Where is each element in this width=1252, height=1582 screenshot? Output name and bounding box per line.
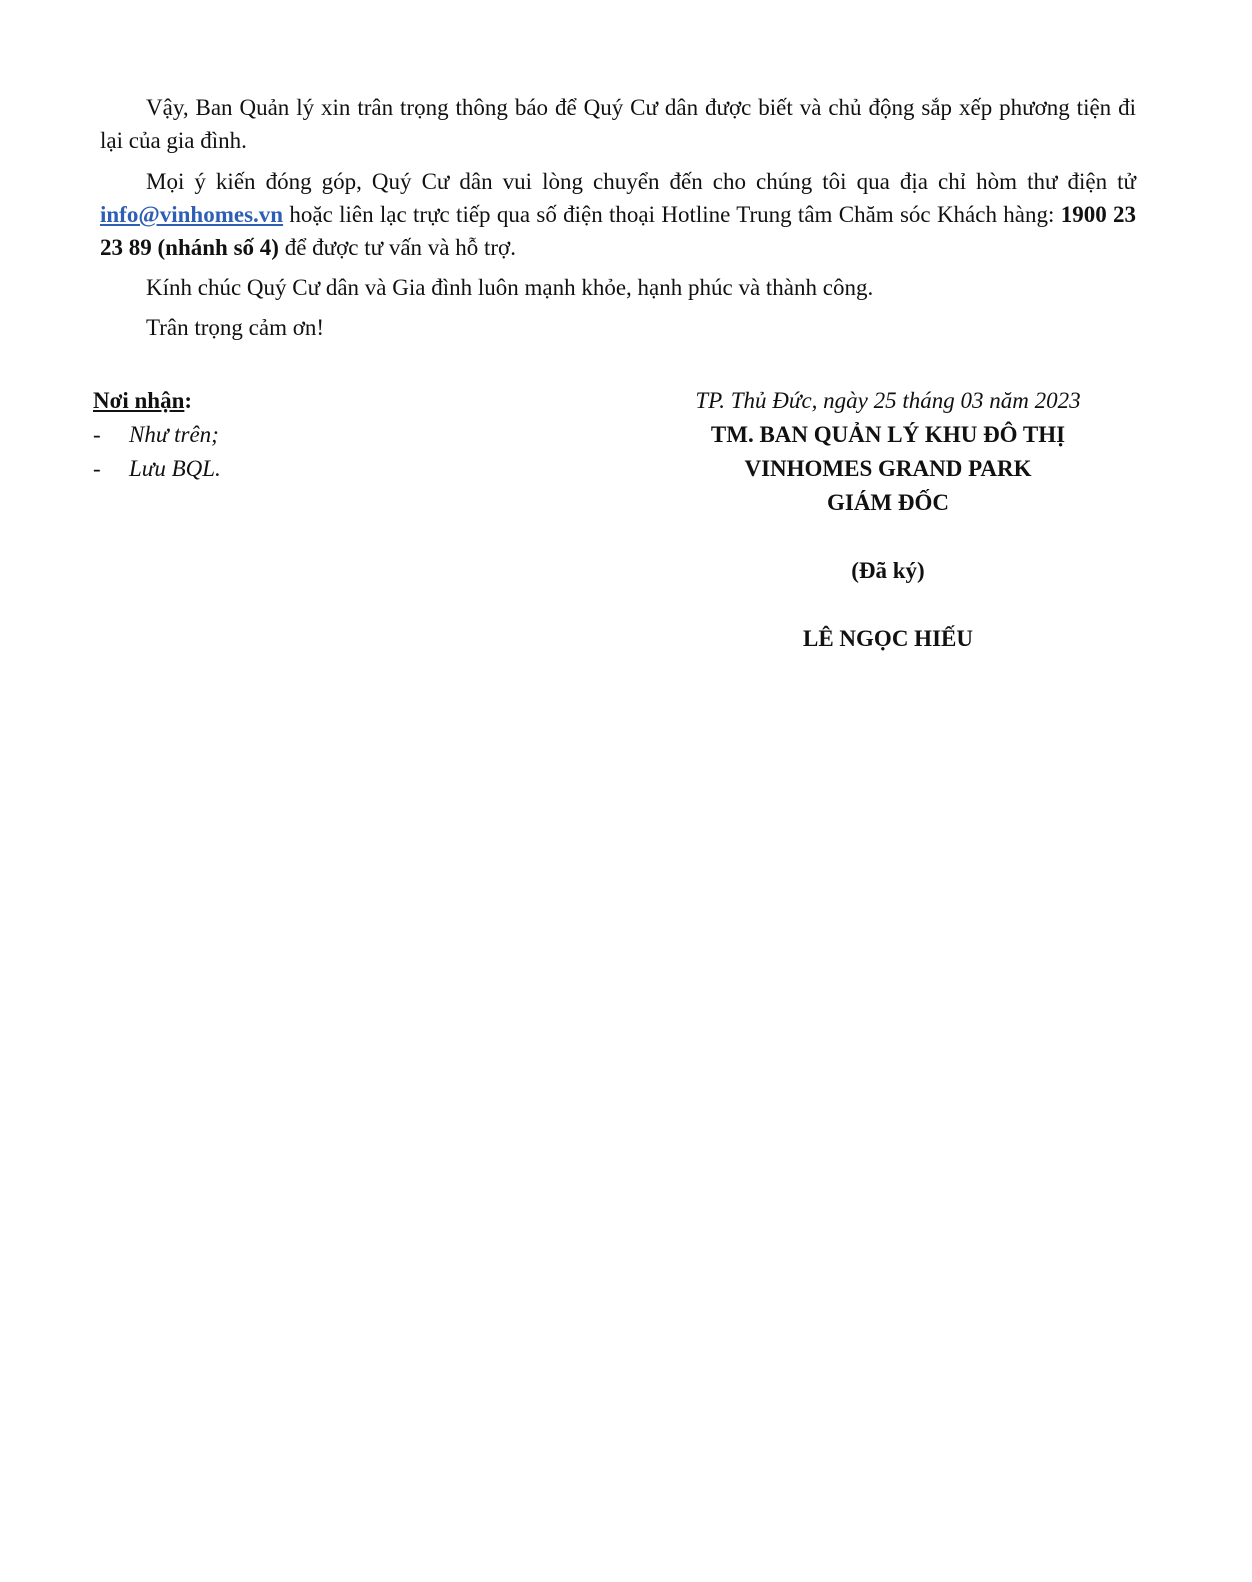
recipient-item: - Như trên; [93,418,493,452]
document-page: Vậy, Ban Quản lý xin trân trọng thông bá… [0,0,1252,1582]
paragraph-notice: Vậy, Ban Quản lý xin trân trọng thông bá… [100,91,1136,157]
contact-middle-text: hoặc liên lạc trực tiếp qua số điện thoạ… [283,202,1061,227]
list-dash: - [93,418,129,452]
paragraph-contact: Mọi ý kiến đóng góp, Quý Cư dân vui lòng… [100,165,1136,264]
list-dash: - [93,452,129,486]
organization-line-1: TM. BAN QUẢN LÝ KHU ĐÔ THỊ [640,418,1136,452]
contact-intro-text: Mọi ý kiến đóng góp, Quý Cư dân vui lòng… [146,169,1136,194]
paragraph-wishes: Kính chúc Quý Cư dân và Gia đình luôn mạ… [100,271,1136,304]
signer-title: GIÁM ĐỐC [640,486,1136,520]
contact-outro-text: để được tư vấn và hỗ trợ. [279,235,516,260]
paragraph-thanks: Trân trọng cảm ơn! [100,311,1136,344]
recipients-block: Nơi nhận: - Như trên; - Lưu BQL. [93,384,493,486]
recipient-label: Lưu BQL. [129,452,221,486]
place-date: TP. Thủ Đức, ngày 25 tháng 03 năm 2023 [640,384,1136,418]
recipient-label: Như trên; [129,418,219,452]
organization-line-2: VINHOMES GRAND PARK [640,452,1136,486]
signed-note: (Đã ký) [640,554,1136,588]
signer-name: LÊ NGỌC HIẾU [640,622,1136,656]
recipient-item: - Lưu BQL. [93,452,493,486]
recipients-heading: Nơi nhận: [93,384,493,418]
email-link[interactable]: info@vinhomes.vn [100,202,283,227]
signature-block: TP. Thủ Đức, ngày 25 tháng 03 năm 2023 T… [640,384,1136,656]
